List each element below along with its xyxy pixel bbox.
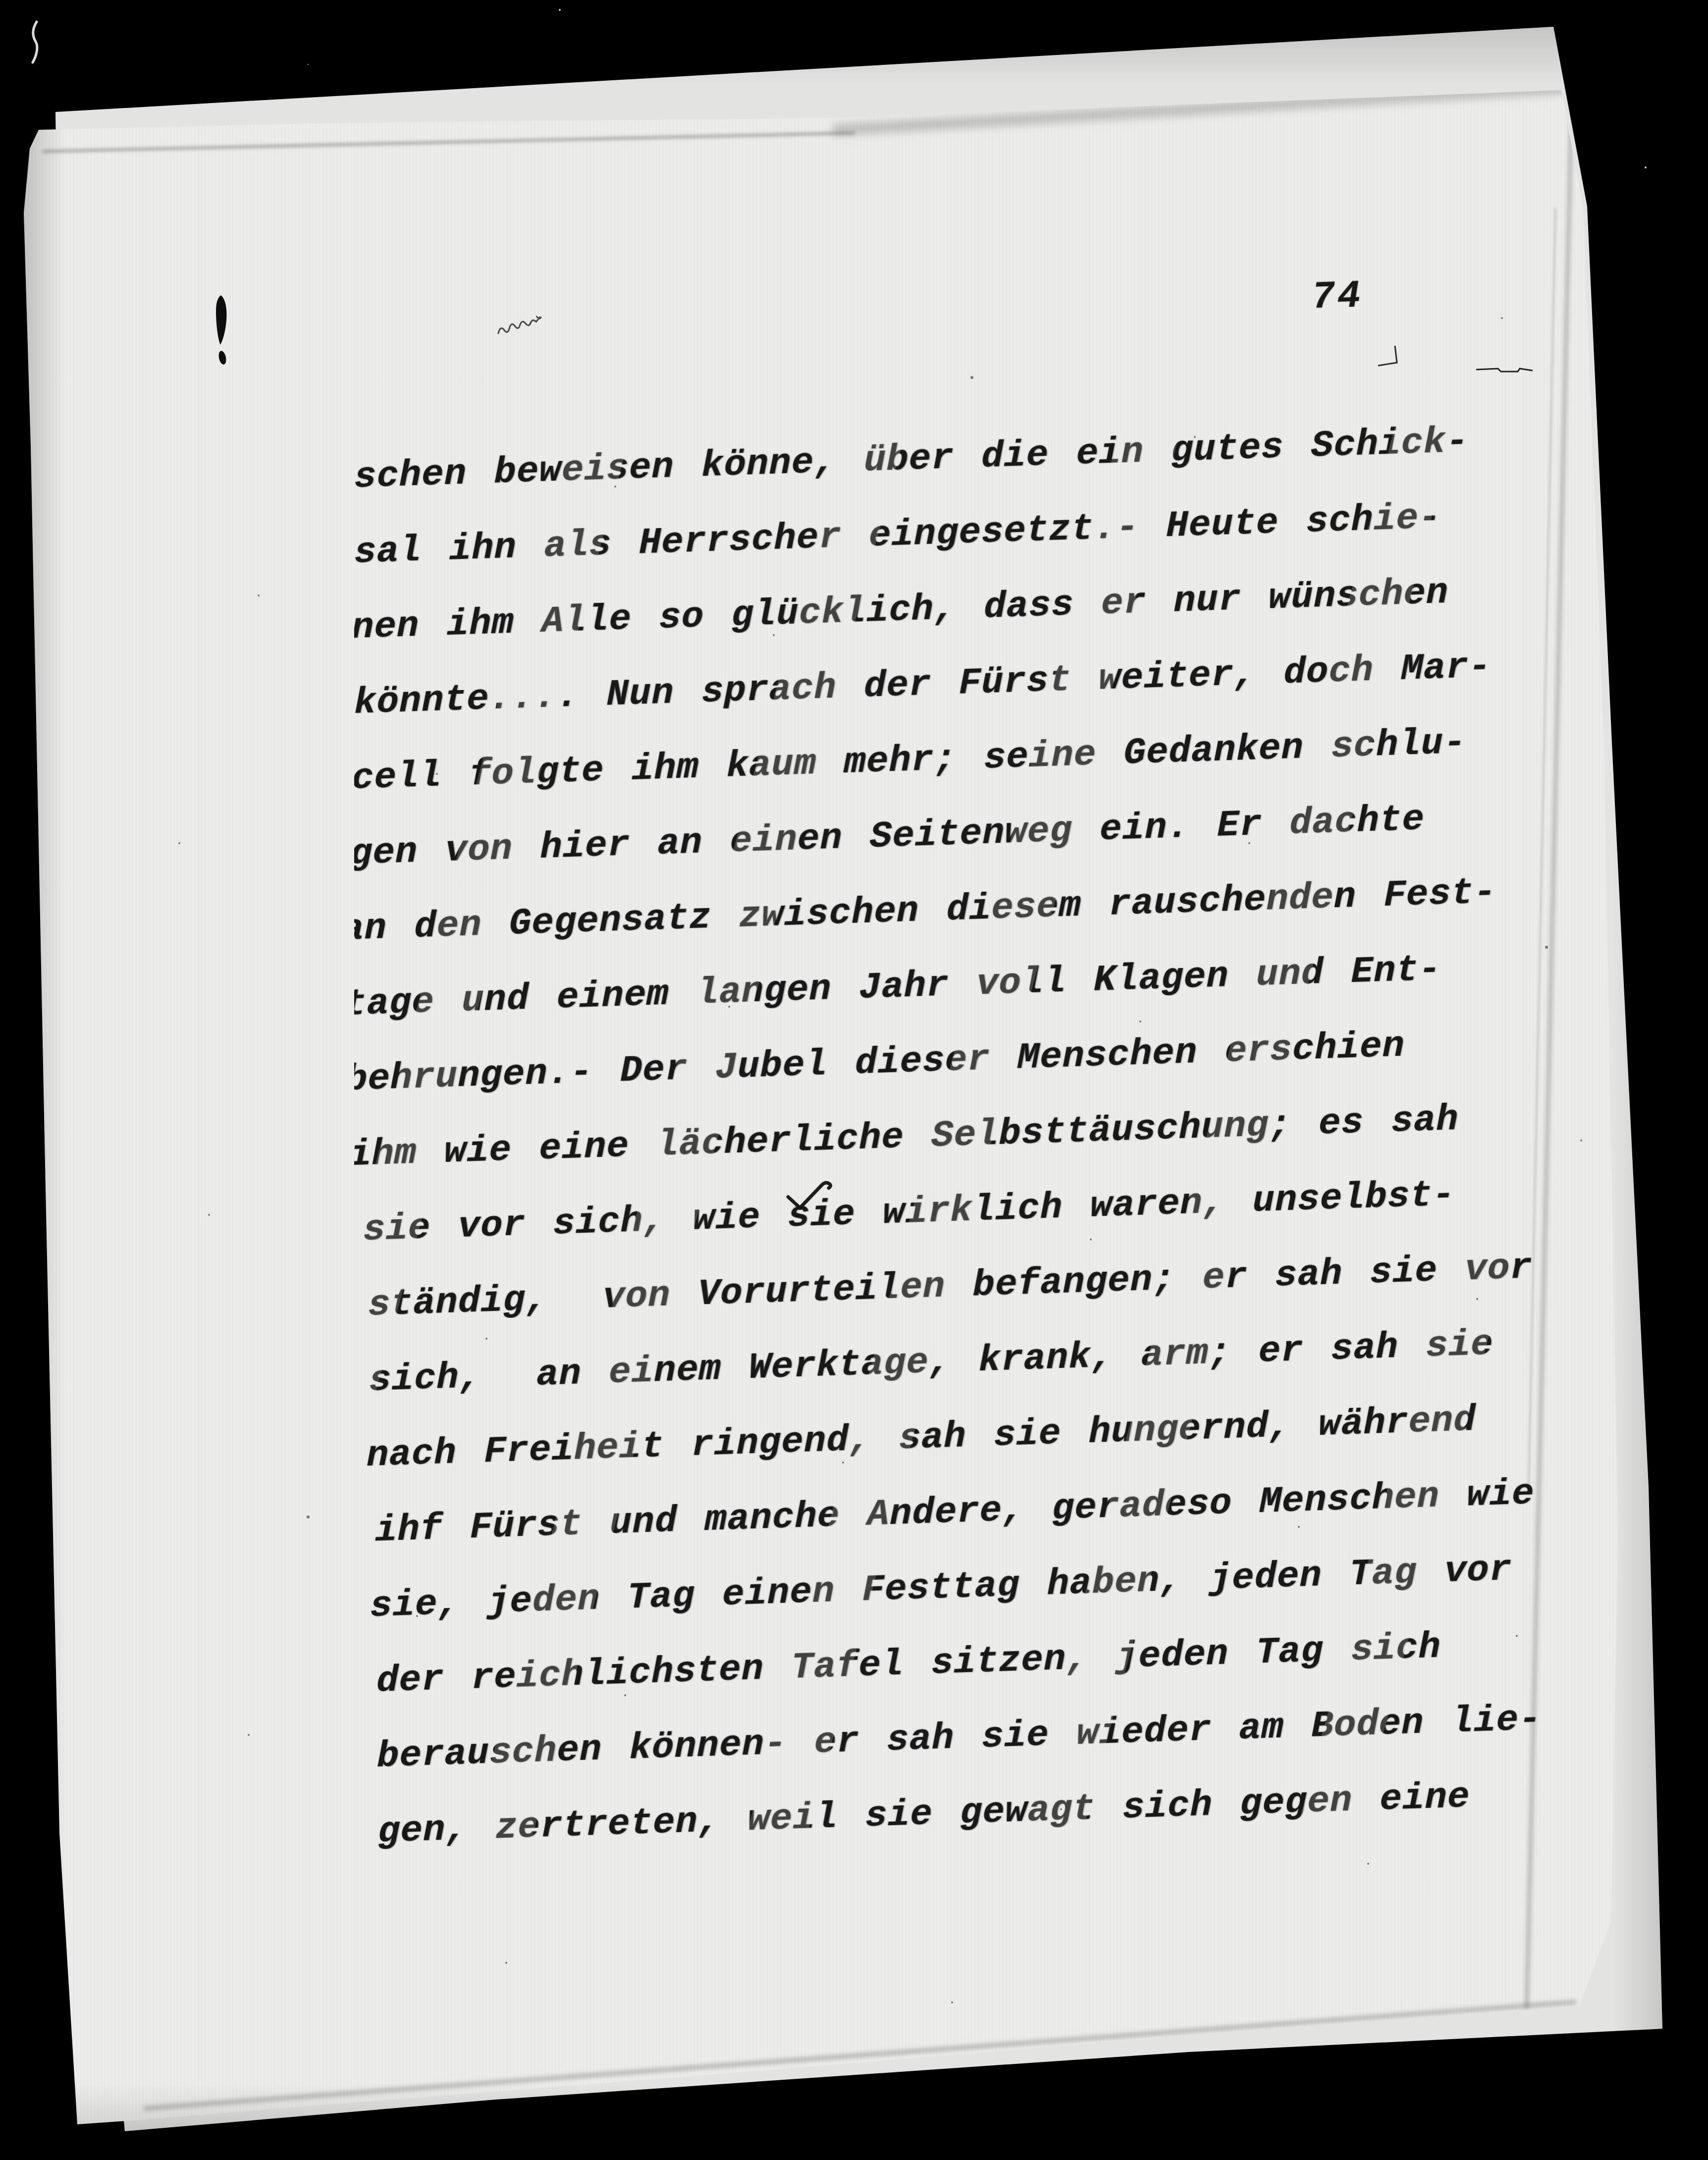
scanned-document: 74 schen beweisen könne, über die ein gu… [0,0,1708,2160]
page-number: 74 [1311,274,1364,320]
scratch-mark-icon [1377,343,1412,371]
film-scratch-icon [28,20,43,64]
film-dust-specks [0,0,2,2]
scratch-mark-icon [1475,366,1535,377]
margin-ink-stroke-icon [213,294,235,369]
manuscript-page: 74 schen beweisen könne, über die ein gu… [0,0,1708,2160]
pencil-scribble-icon [494,312,556,338]
typewritten-text: schen beweisen könne, über die ein gutes… [354,401,1563,1871]
page-bottom-crease [144,2000,1577,2110]
page-top-crease [43,131,855,153]
